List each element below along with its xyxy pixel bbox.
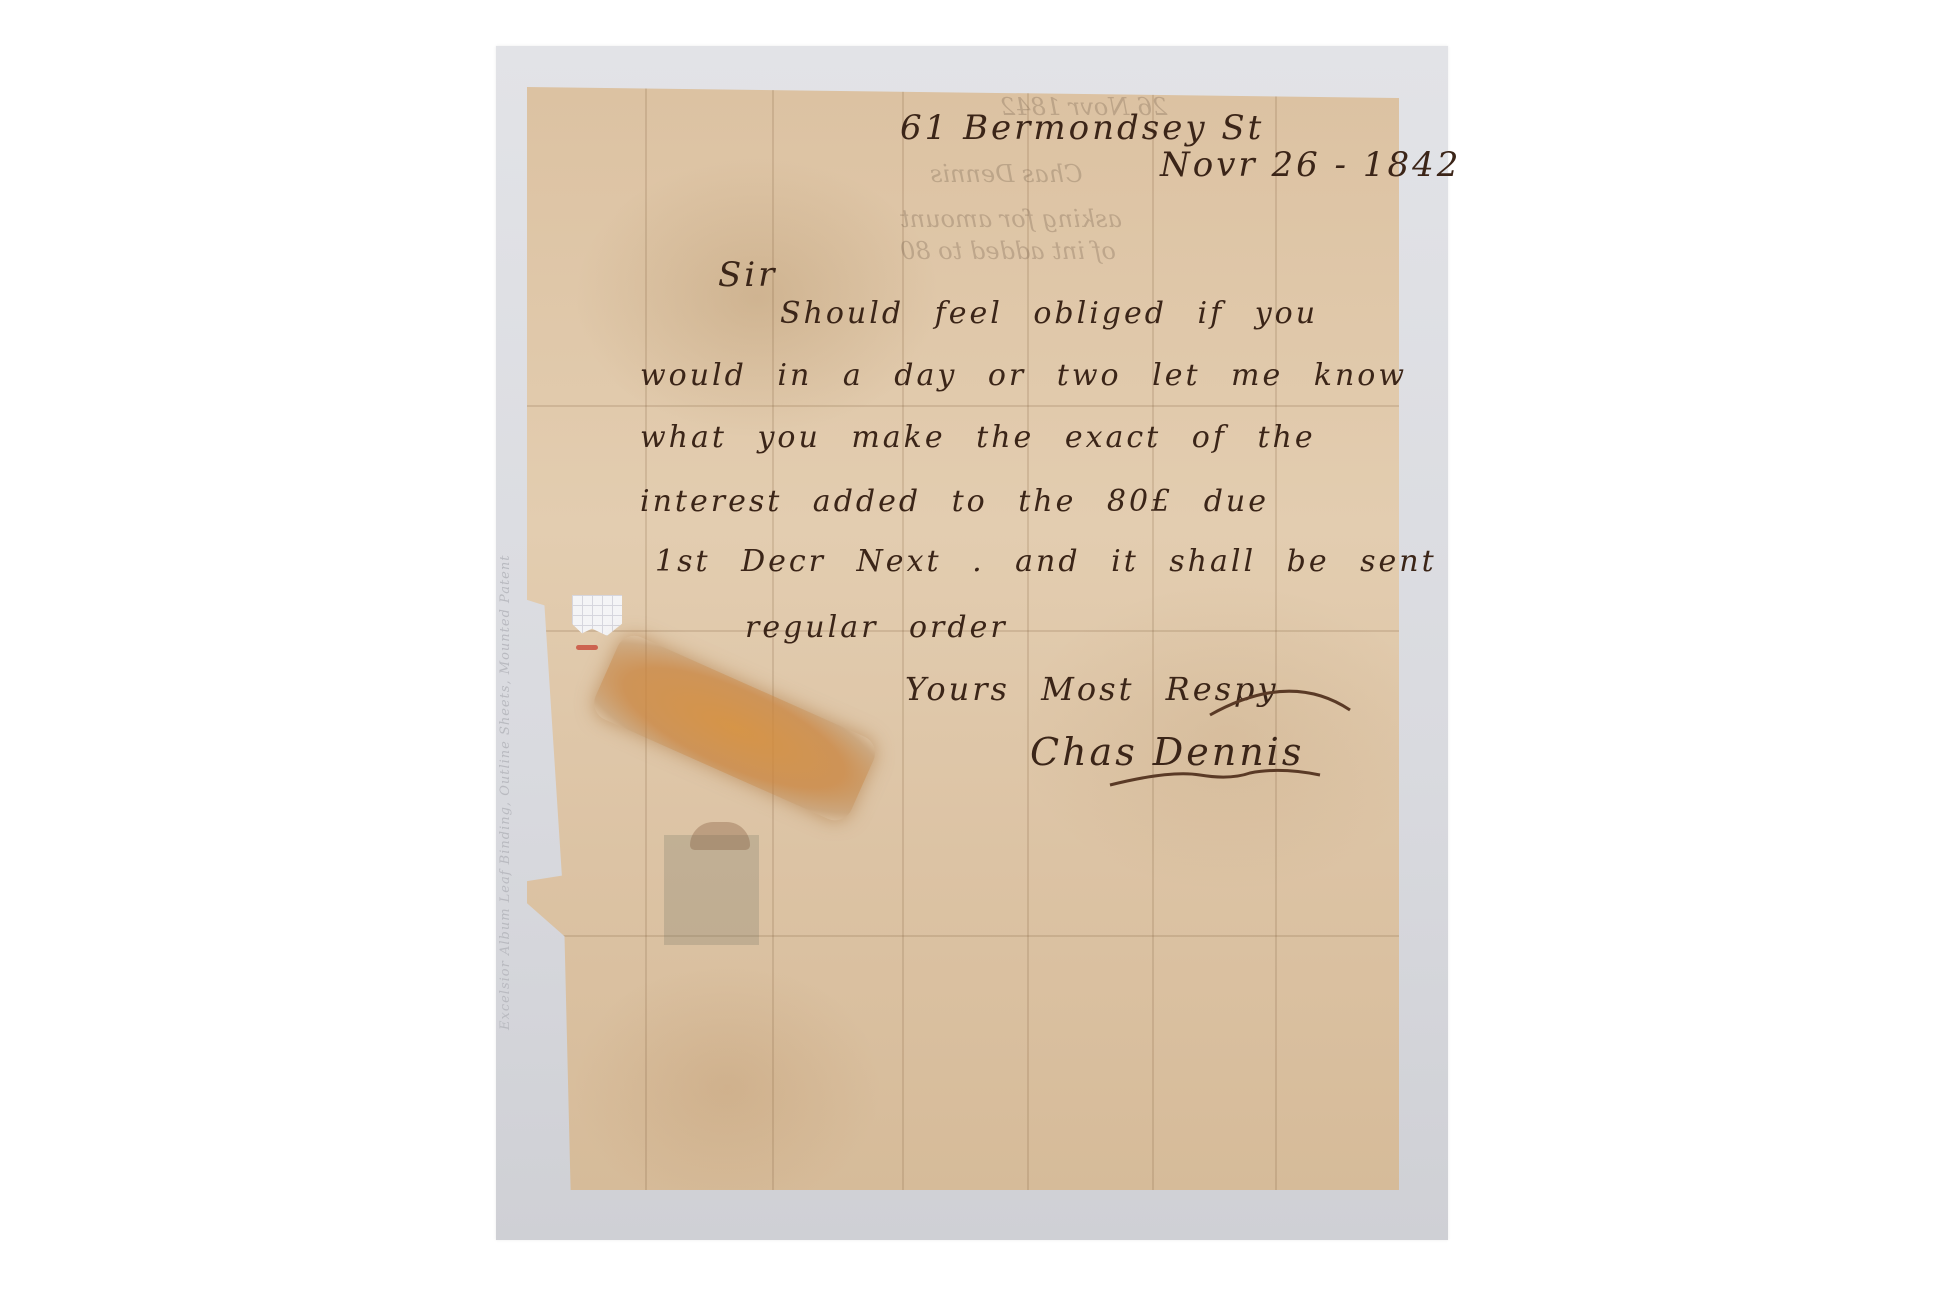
bleed-through-line: asking for amount <box>900 205 1122 233</box>
letter-body-line: interest added to the 80£ due <box>640 484 1269 519</box>
fold-crease <box>527 405 1399 407</box>
red-ink-mark <box>576 645 598 650</box>
bleed-through-line: of int added to 80 <box>900 237 1116 265</box>
stamp-ghost-mark <box>690 822 750 850</box>
fold-crease <box>1275 87 1277 1190</box>
letter-body-line: Should feel obliged if you <box>780 296 1318 331</box>
letter-body-line: would in a day or two let me know <box>640 358 1407 393</box>
letter-body-line: 1st Decr Next . and it shall be sent <box>655 544 1437 579</box>
stamp-ghost-mark <box>664 835 759 945</box>
letter-body-line: regular order <box>745 610 1008 645</box>
letter-date: Novr 26 - 1842 <box>1160 145 1461 185</box>
signature-flourish <box>1050 675 1370 795</box>
bleed-through-line: Chas Dennis <box>930 160 1082 188</box>
fold-crease <box>1152 87 1154 1190</box>
letter-address: 61 Bermondsey St <box>900 108 1264 148</box>
fold-crease <box>527 935 1399 937</box>
mount-imprint-text: Excelsior Album Leaf Binding, Outline Sh… <box>498 430 516 1030</box>
letter-body-line: what you make the exact of the <box>640 420 1316 455</box>
letter-salutation: Sir <box>718 255 777 295</box>
